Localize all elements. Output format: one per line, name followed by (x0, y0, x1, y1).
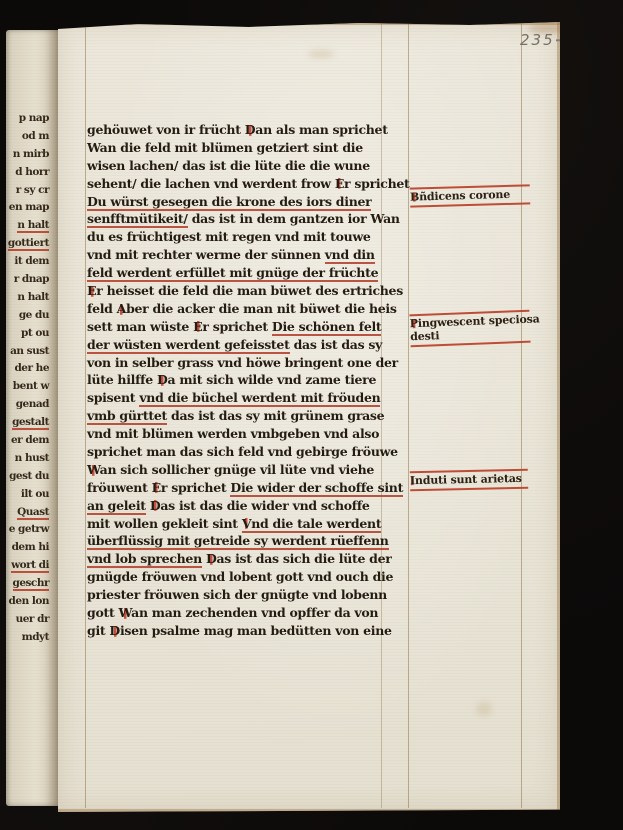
gutter-rubricated-fragment: gottiert (8, 237, 49, 251)
gutter-fragment-line: uer dr (6, 611, 52, 629)
gutter-fragment-line: Quast (6, 504, 52, 522)
text-line: sprichet man das sich feld vnd gebirge f… (87, 443, 409, 461)
red-touched-initial: A (117, 301, 126, 316)
rubricated-phrase: Die wider der schoffe sint (230, 480, 403, 497)
gutter-fragment: uer dr (16, 613, 49, 625)
text-segment: man zechenden vnd opffer da von (148, 605, 379, 620)
text-segment: du es früchtigest mit regen vnd mit touw… (87, 229, 371, 244)
gutter-fragment-line: genad (6, 396, 52, 414)
text-segment: psalme mag man bedütten von eine (148, 623, 392, 638)
text-segment: Dan (245, 122, 272, 137)
text-line: sehent/ die lachen vnd werdent frow Er s… (87, 175, 409, 193)
red-touched-initial: E (152, 480, 161, 495)
text-line: gnügde fröuwen vnd lobent gott vnd ouch … (87, 568, 409, 586)
text-line: mit wollen gekleit sint Vnd die tale wer… (87, 515, 409, 533)
rubricated-phrase: der wüsten werdent gefeisstet (87, 337, 290, 354)
rubricated-phrase: überflüssig mit getreide sy werdent rüef… (87, 533, 389, 550)
text-line: git Disen psalme mag man bedütten von ei… (87, 622, 409, 640)
main-text-column: gehöuwet von ir frücht Dan als man spric… (87, 121, 409, 640)
gutter-fragment: der he (14, 362, 49, 374)
text-segment: Wan (87, 462, 116, 477)
text-line: gott Wan man zechenden vnd opffer da von (87, 604, 409, 622)
text-segment: gott (87, 605, 118, 620)
red-touched-initial: E (87, 283, 96, 298)
text-segment: gnügde fröuwen vnd lobent gott vnd ouch … (87, 569, 393, 584)
margin-note-pinguescent: Pingwescent speciosa desti (409, 310, 530, 348)
text-segment: Disen (109, 623, 147, 638)
gutter-fragment: genad (16, 398, 49, 410)
text-line: du es früchtigest mit regen vnd mit touw… (87, 228, 409, 246)
gutter-fragment: e getrw (9, 523, 49, 535)
rubricated-phrase: an geleit (87, 498, 146, 515)
gutter-rubricated-fragment: wort di (11, 559, 49, 573)
margin-note-line: Induti sunt arietas (410, 472, 528, 487)
text-segment: feld (87, 301, 117, 316)
gutter-rubricated-fragment: gestalt (12, 416, 49, 430)
gutter-fragment: od m (22, 130, 49, 142)
text-segment: sprichet (209, 319, 272, 334)
red-touched-initial: E (193, 319, 202, 334)
text-line: Du würst gesegen die krone des iors dine… (87, 193, 409, 211)
gutter-fragment-line: an sust (6, 343, 52, 361)
rubricated-phrase: Du würst gesegen die krone des iors dine… (87, 194, 371, 211)
margin-note-benedicens: Bñdicens corone (410, 184, 531, 207)
pencil-flourish (556, 39, 578, 42)
parchment-stain (476, 702, 492, 716)
folio-number-digits: 235 (520, 31, 555, 49)
gutter-fragment: r dnap (14, 273, 49, 285)
gutter-rubricated-fragment: Quast (17, 506, 49, 520)
text-line: gehöuwet von ir frücht Dan als man spric… (87, 121, 409, 139)
gutter-fragment: dem hi (12, 541, 49, 553)
margin-note-line: Bñdicens corone (410, 187, 530, 203)
text-line: sett man wüste Er sprichet Die schönen f… (87, 318, 409, 336)
folio-number: 235 (520, 31, 590, 49)
text-line: der wüsten werdent gefeisstet das ist da… (87, 336, 409, 354)
text-line: vnd lob sprechen Das ist das sich die lü… (87, 550, 409, 568)
text-segment: git (87, 623, 109, 638)
text-segment: wisen lachen/ das ist die lüte die die w… (87, 158, 370, 173)
text-segment: vnd mit rechter werme der sünnen (87, 247, 325, 262)
text-segment: Das (206, 551, 231, 566)
text-line: Wan sich sollicher gnüge vil lüte vnd vi… (87, 461, 409, 479)
text-segment: sett man wüste (87, 319, 193, 334)
red-touched-initial: P (410, 317, 419, 330)
red-touched-initial: W (87, 462, 100, 477)
rubricated-phrase: vmb gürttet (87, 408, 167, 425)
text-line: vmb gürttet das ist das sy mit grünem gr… (87, 407, 409, 425)
red-touched-initial: D (150, 498, 161, 513)
gutter-fragment-line: n mirb (6, 146, 52, 164)
rubricated-phrase: vnd die büchel werdent mit fröuden (139, 390, 380, 407)
text-line: senfftmütikeit/ das ist in dem gantzen i… (87, 210, 409, 228)
text-segment: mit sich wilde vnd zame tiere (175, 372, 376, 387)
text-segment: sprichet (167, 480, 230, 495)
text-line: Er heisset die feld die man büwet des er… (87, 282, 409, 300)
text-segment: Aber (117, 301, 149, 316)
gutter-fragment-line: den lon (6, 593, 52, 611)
gutter-fragment: n hust (15, 452, 49, 464)
gutter-fragment-line: gestalt (6, 414, 52, 432)
gutter-fragment-line: wort di (6, 557, 52, 575)
ruling-line-margin-right (521, 22, 522, 808)
text-line: von in selber grass vnd höwe bringent on… (87, 354, 409, 372)
red-touched-initial: D (206, 551, 217, 566)
text-line: lüte hilffe Da mit sich wilde vnd zame t… (87, 371, 409, 389)
text-line: vnd mit rechter werme der sünnen vnd din (87, 246, 409, 264)
gutter-fragment-line: n hust (6, 450, 52, 468)
text-line: feld Aber die acker die man nit büwet di… (87, 300, 409, 318)
text-segment: ist das die wider vnd schoffe (175, 498, 370, 513)
gutter-fragment: pt ou (21, 327, 49, 339)
gutter-fragment-line: r sy cr (6, 182, 52, 200)
previous-page-edge: p napod mn mirbd horrr sy cren mapn halt… (6, 30, 58, 806)
gutter-text-fragments: p napod mn mirbd horrr sy cren mapn halt… (6, 110, 52, 647)
text-segment: Wan die feld mit blümen getziert sint di… (87, 140, 363, 155)
ruling-line-left (85, 22, 86, 808)
gutter-fragment: p nap (19, 112, 49, 124)
red-touched-initial: W (118, 605, 131, 620)
rubricated-phrase: Vnd die tale werdent (242, 516, 381, 533)
gutter-fragment-line: bent w (6, 378, 52, 396)
gutter-fragment-line: it dem (6, 253, 52, 271)
red-touched-initial: E (335, 176, 344, 191)
gutter-fragment: n halt (17, 291, 49, 303)
gutter-fragment-line: er dem (6, 432, 52, 450)
text-segment: Er (335, 176, 351, 191)
text-segment: spisent (87, 390, 139, 405)
margin-note-induti: Induti sunt arietas (410, 469, 528, 491)
red-touched-initial: D (109, 623, 120, 638)
text-line: Wan die feld mit blümen getziert sint di… (87, 139, 409, 157)
gutter-fragment-line: ilt ou (6, 486, 52, 504)
gutter-fragment: ge du (19, 309, 49, 321)
rubricated-phrase: feld werdent erfüllet mit gnüge der früc… (87, 265, 378, 282)
gutter-fragment-line: der he (6, 360, 52, 378)
text-segment: Er (152, 480, 168, 495)
text-segment: von in selber grass vnd höwe bringent on… (87, 355, 398, 370)
text-segment: priester fröuwen sich der gnügte vnd lob… (87, 587, 387, 602)
gutter-rubricated-fragment: geschr (13, 577, 50, 591)
red-touched-initial: V (242, 516, 251, 531)
text-line: an geleit Das ist das die wider vnd scho… (87, 497, 409, 515)
gutter-fragment-line: r dnap (6, 271, 52, 289)
red-touched-initial: I (410, 474, 415, 487)
gutter-fragment: en map (9, 201, 49, 213)
text-segment: sehent/ die lachen vnd werdent frow (87, 176, 335, 191)
gutter-fragment: n mirb (13, 148, 49, 160)
gutter-fragment-line: gest du (6, 468, 52, 486)
gutter-fragment-line: gottiert (6, 235, 52, 253)
text-segment: heisset die feld die man büwet des ertri… (103, 283, 403, 298)
red-touched-initial: D (157, 372, 168, 387)
red-touched-initial: B (410, 190, 419, 203)
text-segment: sich sollicher gnüge vil lüte vnd viehe (116, 462, 374, 477)
text-segment: Er (193, 319, 209, 334)
gutter-fragment: d horr (15, 166, 49, 178)
gutter-fragment-line: en map (6, 199, 52, 217)
gutter-rubricated-fragment: n halt (17, 219, 49, 233)
gutter-fragment: bent w (13, 380, 49, 392)
text-line: priester fröuwen sich der gnügte vnd lob… (87, 586, 409, 604)
rubricated-phrase: vnd din (325, 247, 375, 264)
text-segment: fröuwent (87, 480, 152, 495)
gutter-fragment: it dem (14, 255, 49, 267)
text-segment: gehöuwet von ir frücht (87, 122, 245, 137)
text-line: spisent vnd die büchel werdent mit fröud… (87, 389, 409, 407)
parchment-stain (308, 50, 334, 58)
gutter-fragment-line: p nap (6, 110, 52, 128)
text-segment: das ist das sy mit grünem grase (167, 408, 384, 423)
text-line: wisen lachen/ das ist die lüte die die w… (87, 157, 409, 175)
rubricated-phrase: Die schönen felt (272, 319, 382, 336)
text-segment: lüte hilffe (87, 372, 157, 387)
gutter-fragment-line: n halt (6, 289, 52, 307)
text-segment: das ist in dem gantzen ior Wan (188, 211, 400, 226)
gutter-fragment: r sy cr (16, 184, 49, 196)
gutter-fragment: er dem (11, 434, 49, 446)
gutter-fragment: den lon (9, 595, 49, 607)
text-segment: sprichet man das sich feld vnd gebirge f… (87, 444, 398, 459)
text-segment: Da (157, 372, 175, 387)
text-line: feld werdent erfüllet mit gnüge der früc… (87, 264, 409, 282)
text-segment: Er (87, 283, 103, 298)
red-touched-initial: D (245, 122, 256, 137)
gutter-fragment: gest du (9, 470, 49, 482)
text-segment: als man sprichet (272, 122, 388, 137)
gutter-fragment-line: ge du (6, 307, 52, 325)
text-segment: mit wollen gekleit sint (87, 516, 242, 531)
gutter-fragment-line: dem hi (6, 539, 52, 557)
manuscript-photo: p napod mn mirbd horrr sy cren mapn halt… (0, 0, 623, 830)
text-line: fröuwent Er sprichet Die wider der schof… (87, 479, 409, 497)
rubricated-phrase: senfftmütikeit/ (87, 211, 188, 228)
text-line: überflüssig mit getreide sy werdent rüef… (87, 532, 409, 550)
rubricated-phrase: vnd lob sprechen (87, 551, 202, 568)
text-segment: vnd mit blümen werden vmbgeben vnd also (87, 426, 379, 441)
text-line: vnd mit blümen werden vmbgeben vnd also (87, 425, 409, 443)
gutter-fragment-line: od m (6, 128, 52, 146)
text-segment: ist das sich die lüte der (231, 551, 392, 566)
text-segment: das ist das sy (290, 337, 383, 352)
gutter-fragment: ilt ou (21, 488, 49, 500)
text-segment: die acker die man nit büwet die heis (148, 301, 396, 316)
gutter-fragment-line: pt ou (6, 325, 52, 343)
gutter-fragment: mdyt (22, 631, 49, 643)
gutter-fragment-line: n halt (6, 217, 52, 235)
gutter-fragment: an sust (10, 345, 49, 357)
text-segment: Das (150, 498, 175, 513)
text-segment: sprichet (350, 176, 409, 191)
gutter-fragment-line: e getrw (6, 521, 52, 539)
gutter-fragment-line: mdyt (6, 629, 52, 647)
gutter-fragment-line: d horr (6, 164, 52, 182)
text-segment: Wan (118, 605, 147, 620)
gutter-fragment-line: geschr (6, 575, 52, 593)
manuscript-page: 235 gehöuwet von ir frücht Dan als man s… (58, 22, 560, 812)
